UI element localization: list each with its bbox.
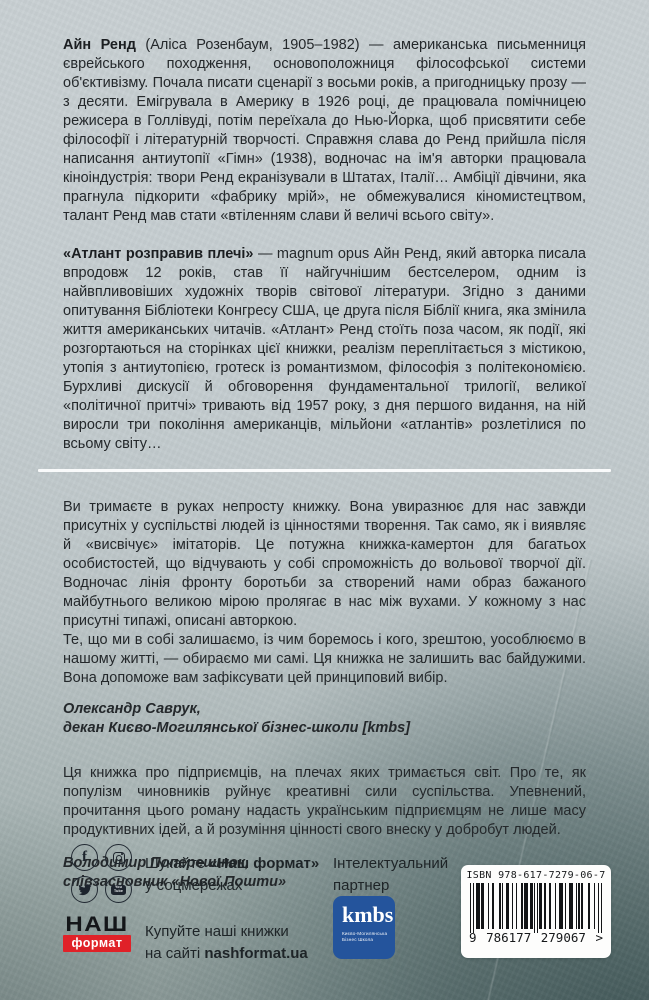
review-1-paragraph-2: Те, що ми в собі залишаємо, із чим борем… [63,631,586,688]
buy-books-line1: Купуйте наші книжки [145,923,289,940]
review-2-paragraph: Ця книжка про підприємців, на плечах яки… [63,764,586,840]
buy-books-line2-prefix: на сайті [145,945,204,962]
author-name: Айн Ренд [63,37,136,53]
buy-books-text: Купуйте наші книжки на сайті nashformat.… [145,921,308,965]
kmbs-subtitle: Києво-Могилянська Бізнес Школа [342,931,395,943]
review-2-role: співзасновник «Нової Пошти» [63,874,286,890]
review-1-author: Олександр Саврук, [63,701,201,717]
buy-books-site: nashformat.ua [204,945,307,962]
barcode-digit-group2: 786177 [486,930,531,945]
barcode-arrow: > [595,930,603,945]
book-back-cover: Айн Ренд (Аліса Розенбаум, 1905–1982) — … [0,0,649,1000]
kmbs-wordmark: kmbs [342,903,395,927]
book-title: «Атлант розправив плечі» [63,246,253,262]
nash-format-logo-bottom: формат [63,935,131,952]
separator-line [38,469,611,472]
about-book-text: — magnum opus Айн Ренд, який авторка пис… [63,246,586,452]
review-2-author: Володимир Поперешнюк, [63,855,249,871]
review-1-paragraph-1: Ви тримаєте в руках непросту книжку. Вон… [63,498,586,631]
author-bio-text: (Аліса Розенбаум, 1905–1982) — американс… [63,37,586,224]
nash-format-logo: НАШ формат [63,915,131,952]
kmbs-logo: kmbs Києво-Могилянська Бізнес Школа [333,896,395,959]
cover-text-block: Айн Ренд (Аліса Розенбаум, 1905–1982) — … [63,36,586,892]
review-1-role: декан Києво-Могилянської бізнес-школи [k… [63,720,410,736]
review-1-signature: Олександр Саврук, декан Києво-Могилянськ… [63,700,586,738]
barcode-digits: 9 786177 279067 > [469,930,603,945]
kmbs-subtitle-line1: Києво-Могилянська [342,931,387,936]
barcode-digit-group3: 279067 [541,930,586,945]
barcode-digit-group1: 9 [469,930,477,945]
about-book-paragraph: «Атлант розправив плечі» — magnum opus А… [63,245,586,454]
kmbs-subtitle-line2: Бізнес Школа [342,937,373,942]
review-2-signature: Володимир Поперешнюк, співзасновник «Нов… [63,854,586,892]
author-bio-paragraph: Айн Ренд (Аліса Розенбаум, 1905–1982) — … [63,36,586,226]
nash-format-logo-top: НАШ [63,915,131,933]
